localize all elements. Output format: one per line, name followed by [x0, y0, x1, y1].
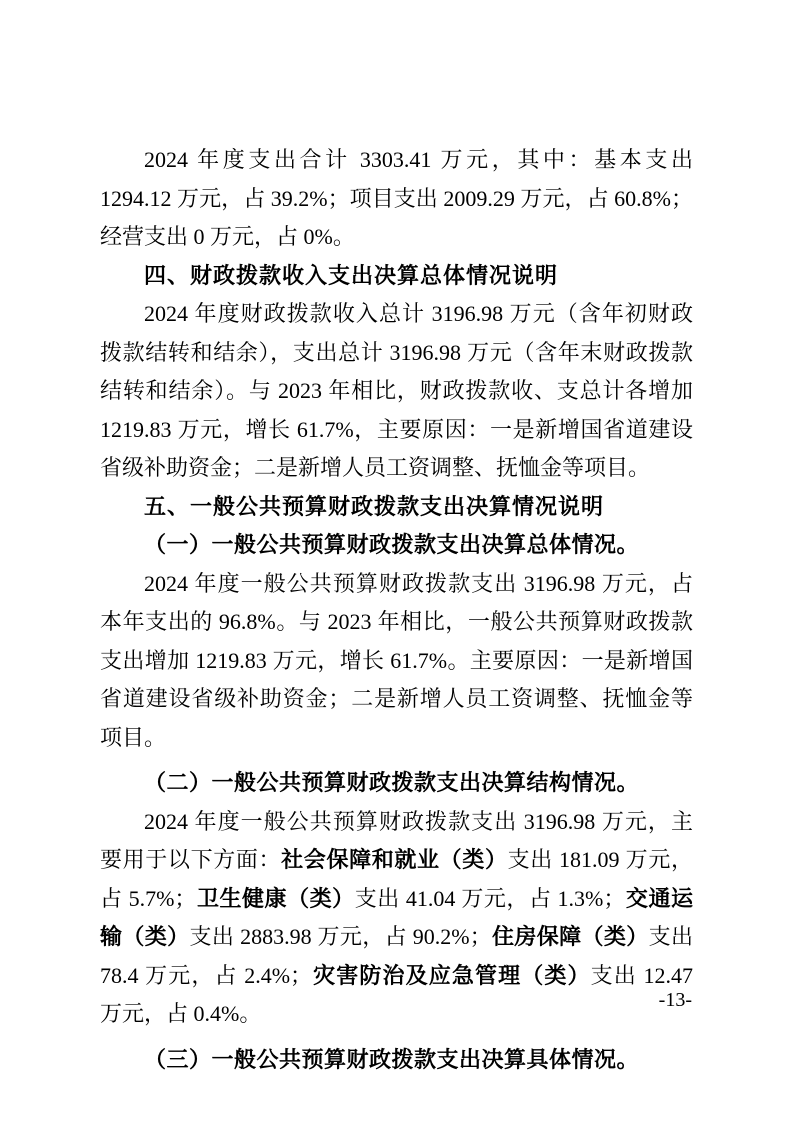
body-paragraph: 2024 年度一般公共预算财政拨款支出 3196.98 万元，占本年支出的 96…	[100, 565, 693, 758]
text-run: 2024 年度一般公共预算财政拨款支出 3196.98 万元，占本年支出的 96…	[100, 571, 693, 750]
text-run: 2024 年度财政拨款收入总计 3196.98 万元（含年初财政拨款结转和结余）…	[100, 301, 693, 480]
text-run: （三）一般公共预算财政拨款支出决算具体情况。	[144, 1047, 639, 1072]
text-run: 支出 2883.98 万元，占 90.2%；	[189, 924, 491, 949]
section-heading: （二）一般公共预算财政拨款支出决算结构情况。	[100, 764, 693, 803]
document-page: 2024 年度支出合计 3303.41 万元，其中：基本支出 1294.12 万…	[0, 0, 793, 1122]
section-heading: （三）一般公共预算财政拨款支出决算具体情况。	[100, 1041, 693, 1080]
text-run: 卫生健康（类）	[196, 886, 354, 911]
text-run: （二）一般公共预算财政拨款支出决算结构情况。	[144, 770, 639, 795]
body-paragraph: 2024 年度财政拨款收入总计 3196.98 万元（含年初财政拨款结转和结余）…	[100, 295, 693, 488]
page-number: -13-	[659, 988, 692, 1012]
text-run: （一）一般公共预算财政拨款支出决算总体情况。	[144, 532, 639, 557]
section-heading: 五、一般公共预算财政拨款支出决算情况说明	[100, 488, 693, 527]
document-body: 2024 年度支出合计 3303.41 万元，其中：基本支出 1294.12 万…	[100, 141, 693, 1079]
text-run: 社会保障和就业（类）	[281, 847, 507, 872]
text-run: 2024 年度支出合计 3303.41 万元，其中：基本支出 1294.12 万…	[100, 147, 693, 249]
text-run: 灾害防治及应急管理（类）	[312, 963, 591, 988]
section-heading: 四、财政拨款收入支出决算总体情况说明	[100, 257, 693, 296]
text-run: 四、财政拨款收入支出决算总体情况说明	[144, 263, 558, 288]
text-run: 住房保障（类）	[492, 924, 649, 949]
text-run: 五、一般公共预算财政拨款支出决算情况说明	[144, 494, 604, 519]
section-heading: （一）一般公共预算财政拨款支出决算总体情况。	[100, 526, 693, 565]
body-paragraph: 2024 年度支出合计 3303.41 万元，其中：基本支出 1294.12 万…	[100, 141, 693, 257]
body-paragraph: 2024 年度一般公共预算财政拨款支出 3196.98 万元，主要用于以下方面：…	[100, 803, 693, 1034]
text-run: 支出 41.04 万元，占 1.3%；	[355, 886, 626, 911]
